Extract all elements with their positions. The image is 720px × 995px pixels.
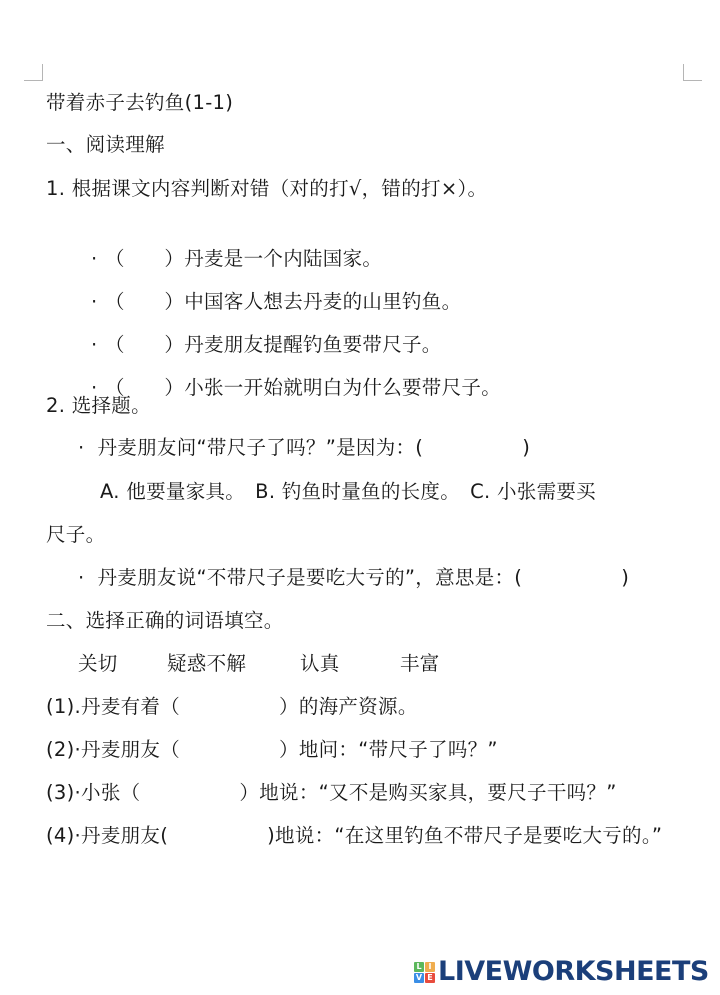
q1-prompt: 1. 根据课文内容判断对错（对的打√，错的打×）。 xyxy=(46,176,487,202)
word-bank-item: 疑惑不解 xyxy=(167,651,246,677)
document-title: 带着赤子去钓鱼(1-1) xyxy=(46,90,233,116)
word-bank-item: 认真 xyxy=(300,651,340,677)
word-bank-item: 关切 xyxy=(78,651,118,677)
logo-letter: V xyxy=(414,973,424,983)
word-bank-item: 丰富 xyxy=(400,651,440,677)
section1-heading: 一、阅读理解 xyxy=(46,132,165,158)
choice-question-2[interactable]: · 丹麦朋友说“不带尺子是要吃大亏的”，意思是：( ) xyxy=(78,565,629,591)
liveworksheets-logo: L I V E LIVEWORKSHEETS xyxy=(414,958,709,986)
fill-blank-item[interactable]: (1).丹麦有着（ ）的海产资源。 xyxy=(46,694,418,720)
logo-letter: E xyxy=(425,973,435,983)
logo-text: LIVEWORKSHEETS xyxy=(438,958,709,986)
page-corner-mark-right xyxy=(683,64,702,81)
choice-question-1[interactable]: · 丹麦朋友问“带尺子了吗？”是因为：( ) xyxy=(78,435,530,461)
statement: 小张一开始就明白为什么要带尺子。 xyxy=(184,376,501,399)
choice-options: A. 他要量家具。 B. 钓鱼时量鱼的长度。 C. 小张需要买 xyxy=(100,479,596,505)
fill-blank-item[interactable]: (3)·小张（ ）地说：“又不是购买家具，要尺子干吗？” xyxy=(46,780,617,806)
q2-prompt: 2. 选择题。 xyxy=(46,393,151,419)
fill-blank-item[interactable]: (2)·丹麦朋友（ ）地问：“带尺子了吗？” xyxy=(46,737,498,763)
logo-icon: L I V E xyxy=(414,962,435,983)
section2-heading: 二、选择正确的词语填空。 xyxy=(46,608,284,634)
logo-letter: I xyxy=(425,962,435,972)
logo-letter: L xyxy=(414,962,424,972)
page-corner-mark-left xyxy=(24,64,43,81)
choice-options-wrap: 尺子。 xyxy=(46,522,105,548)
fill-blank-item[interactable]: (4)·丹麦朋友( )地说：“在这里钓鱼不带尺子是要吃大亏的。” xyxy=(46,823,662,849)
